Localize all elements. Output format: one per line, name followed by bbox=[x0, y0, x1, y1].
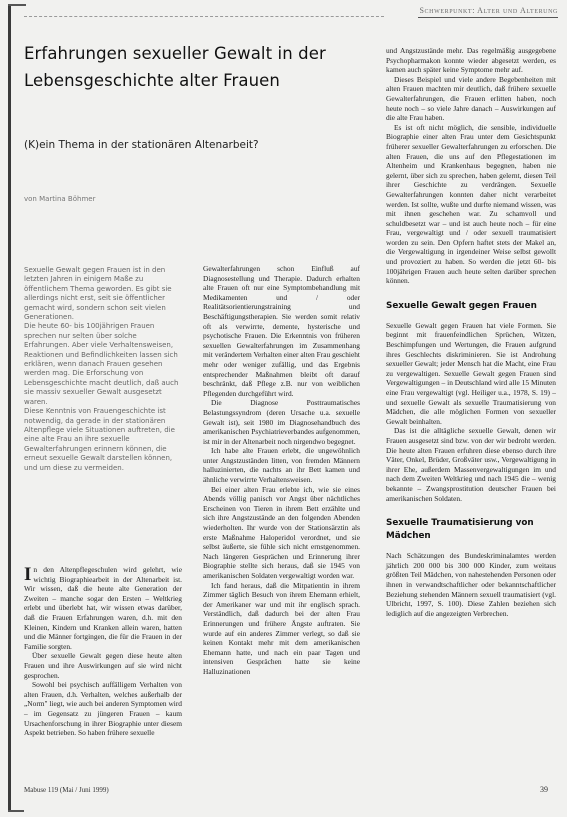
section-heading-girls-trauma: Sexuelle Traumatisierung von Mädchen bbox=[386, 517, 556, 543]
body-paragraph: Über sexuelle Gewalt gegen diese heute a… bbox=[24, 651, 182, 680]
drop-cap: I bbox=[24, 566, 31, 583]
body-paragraph: Ich habe alte Frauen erlebt, die ungewöh… bbox=[203, 446, 360, 484]
body-column-1: In den Altenpflegeschulen wird gelehrt, … bbox=[24, 565, 182, 738]
body-column-2: Gewalterfahrungen schon Einfluß auf Diag… bbox=[203, 264, 360, 677]
issue-footer: Mabuse 119 (Mai / Juni 1999) bbox=[24, 786, 109, 794]
intro-paragraph: Sexuelle Gewalt gegen Frauen ist in den … bbox=[24, 266, 182, 322]
page-number: 39 bbox=[540, 785, 548, 794]
intro-paragraph: Die heute 60- bis 100jährigen Frauen spr… bbox=[24, 322, 182, 407]
body-paragraph: Bei einer alten Frau erlebte ich, wie si… bbox=[203, 485, 360, 581]
body-paragraph: Die Diagnose Posttraumatisches Belastung… bbox=[203, 398, 360, 446]
intro-paragraph: Diese Kenntnis von Frauengeschichte ist … bbox=[24, 407, 182, 473]
body-paragraph: In den Altenpflegeschulen wird gelehrt, … bbox=[24, 565, 182, 651]
page-corner-top bbox=[8, 4, 26, 6]
body-paragraph: und Angstzustände mehr. Das regelmäßig a… bbox=[386, 46, 556, 75]
author-byline: von Martina Böhmer bbox=[24, 195, 95, 203]
body-column-3: und Angstzustände mehr. Das regelmäßig a… bbox=[386, 46, 556, 618]
body-paragraph: Ich fand heraus, daß die Mitpatientin in… bbox=[203, 581, 360, 677]
body-paragraph: Gewalterfahrungen schon Einfluß auf Diag… bbox=[203, 264, 360, 398]
intro-column: Sexuelle Gewalt gegen Frauen ist in den … bbox=[24, 266, 182, 473]
page-binding-edge bbox=[8, 4, 11, 812]
body-paragraph: Das ist die alltägliche sexuelle Gewalt,… bbox=[386, 426, 556, 503]
article-subtitle: (K)ein Thema in der stationären Altenarb… bbox=[24, 139, 369, 151]
section-heading-sexual-violence: Sexuelle Gewalt gegen Frauen bbox=[386, 300, 556, 313]
body-paragraph: Es ist oft nicht möglich, die sensible, … bbox=[386, 123, 556, 286]
top-rule bbox=[24, 16, 384, 17]
page-corner-bottom bbox=[8, 810, 24, 812]
running-head: Schwerpunkt: Alter und Alterung bbox=[418, 6, 558, 18]
title-line-1: Erfahrungen sexueller Gewalt in der bbox=[24, 44, 326, 63]
body-paragraph: Dieses Beispiel und viele andere Begeben… bbox=[386, 75, 556, 123]
article-title: Erfahrungen sexueller Gewalt in der Lebe… bbox=[24, 40, 369, 94]
body-paragraph: Sexuelle Gewalt gegen Frauen hat viele F… bbox=[386, 321, 556, 427]
body-paragraph: Sowohl bei psychisch auffälligem Verhalt… bbox=[24, 680, 182, 738]
body-paragraph: Nach Schätzungen des Bundeskriminalamtes… bbox=[386, 551, 556, 618]
title-line-2: Lebensgeschichte alter Frauen bbox=[24, 71, 280, 90]
